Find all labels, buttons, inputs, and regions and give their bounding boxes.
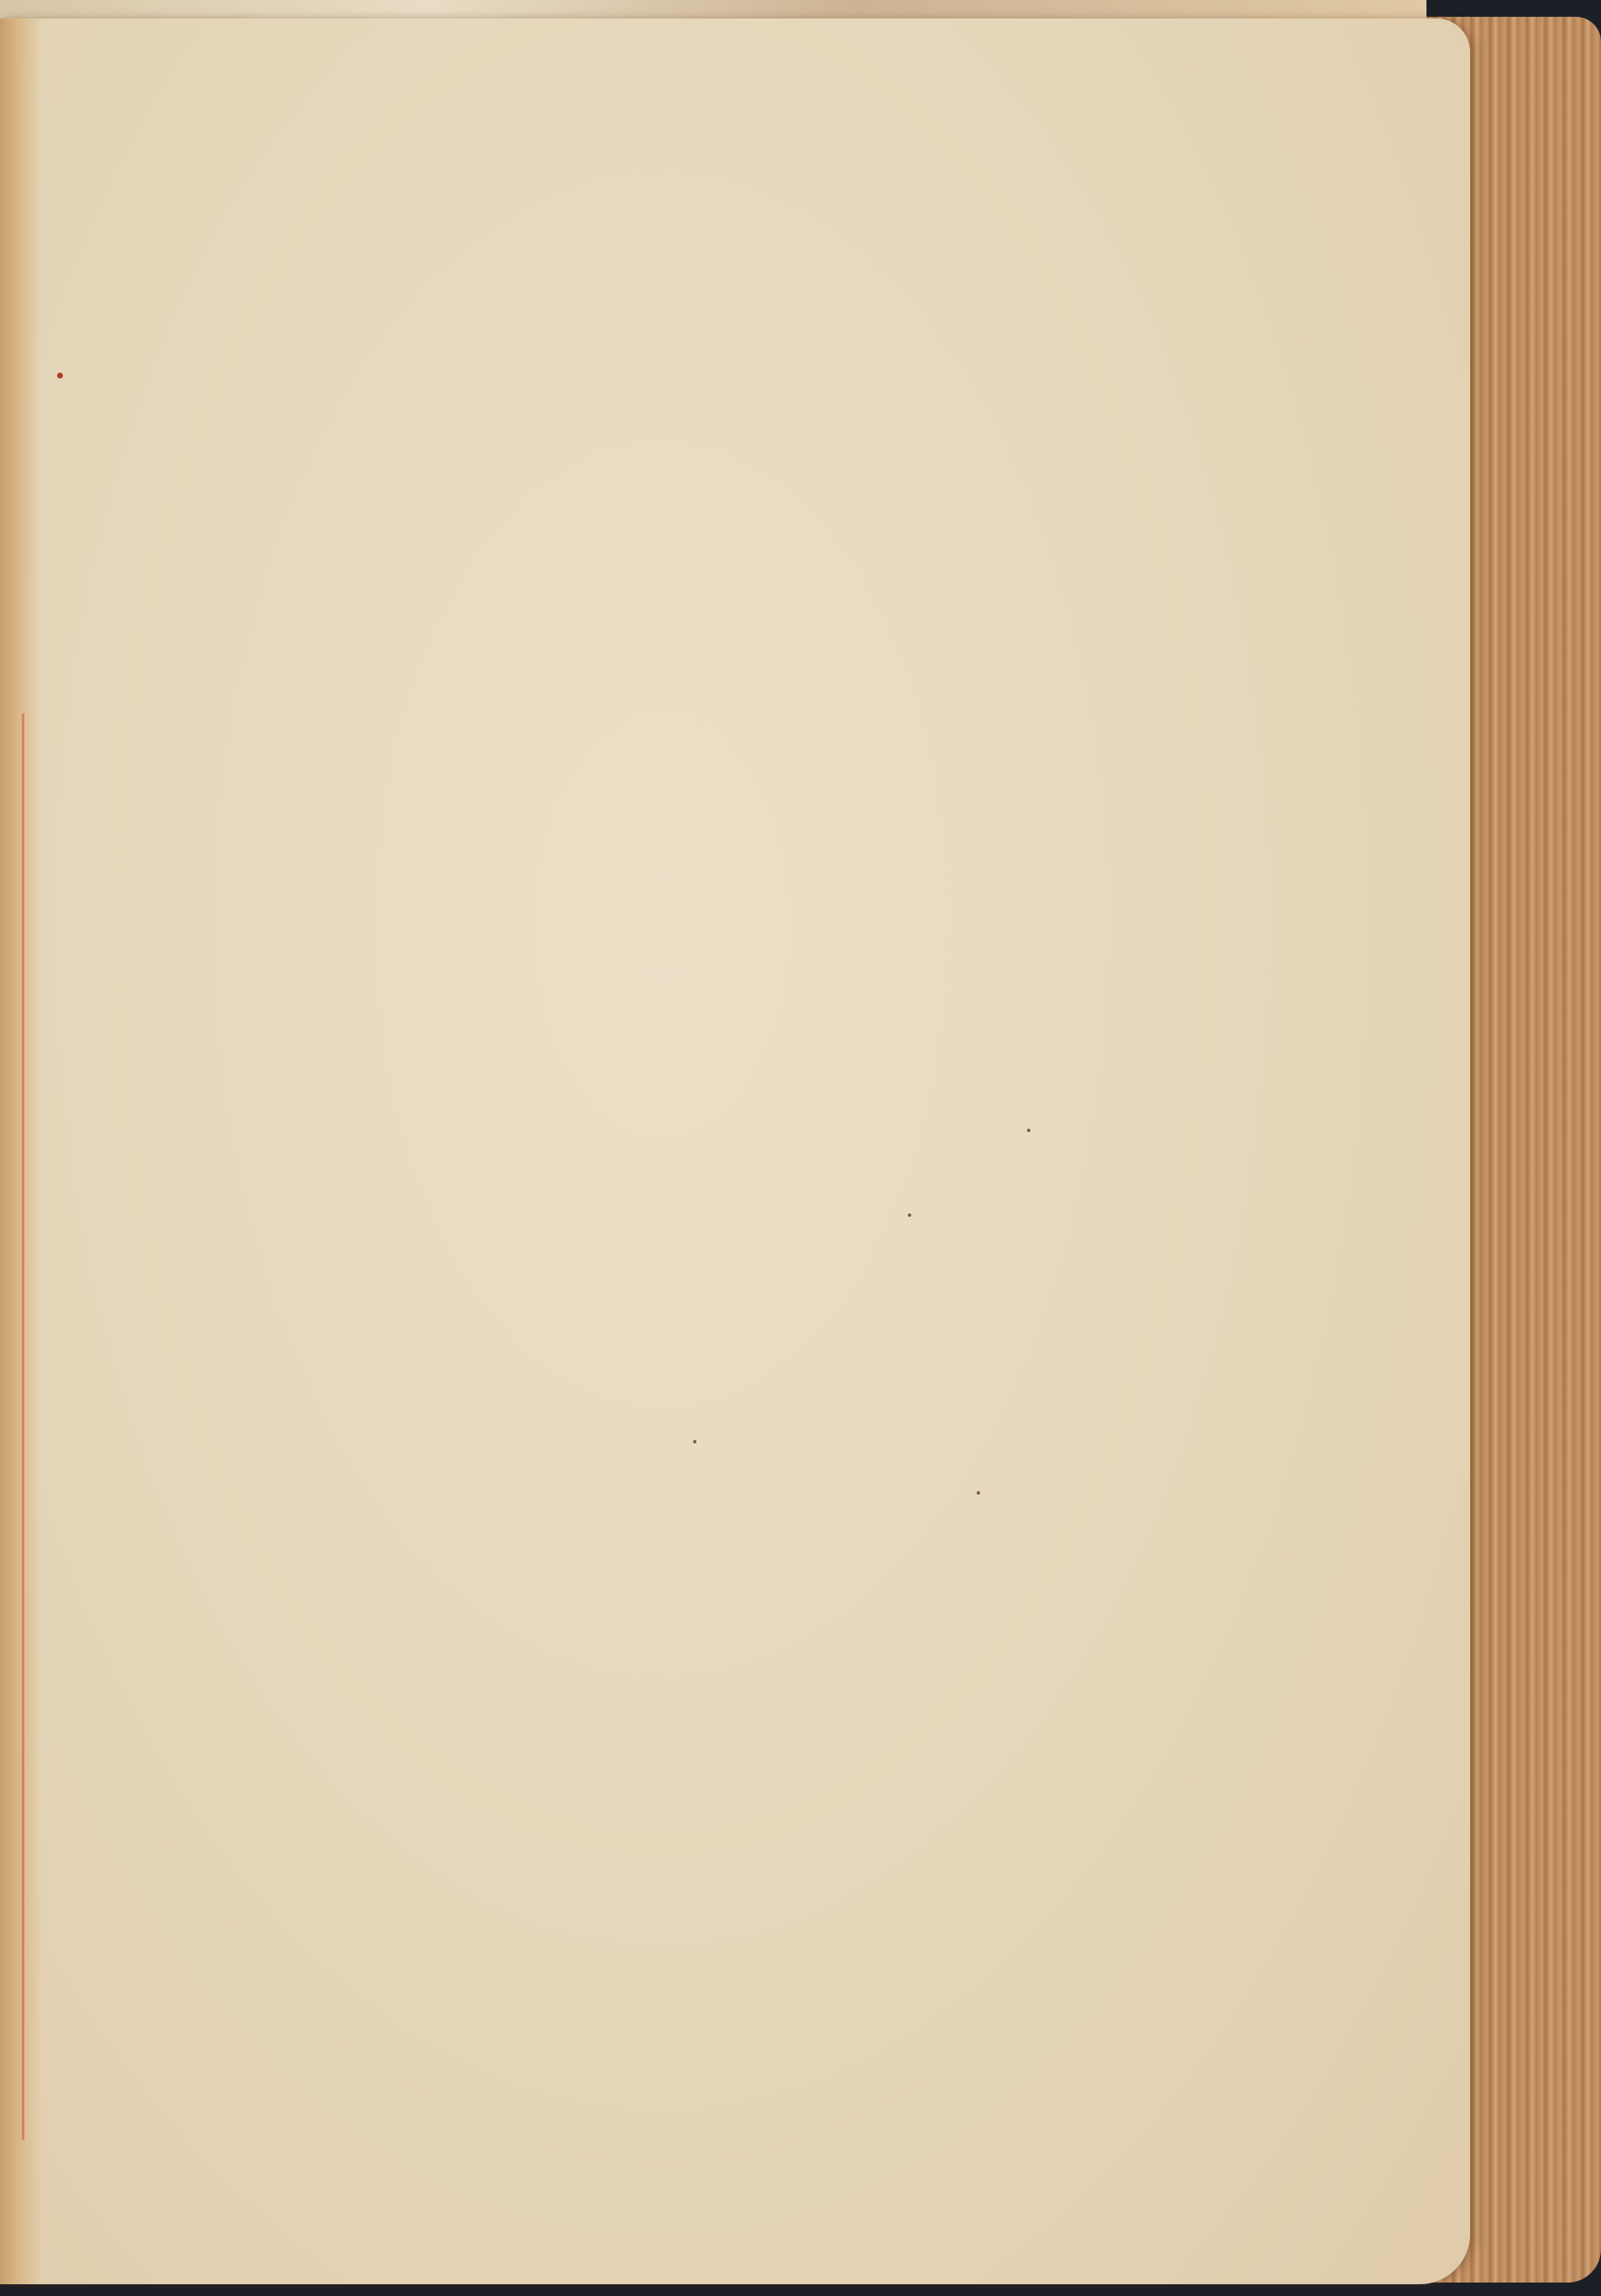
paper-speck [908, 1213, 911, 1217]
top-page-edge-strip [0, 0, 1426, 20]
paper-speck [693, 1440, 696, 1443]
paper-speck [977, 1491, 980, 1495]
blank-book-page [0, 18, 1470, 2284]
gutter-stain [0, 18, 42, 2284]
red-edge-mark [22, 713, 24, 2140]
ink-speck [57, 373, 63, 378]
paper-speck [1027, 1129, 1030, 1132]
